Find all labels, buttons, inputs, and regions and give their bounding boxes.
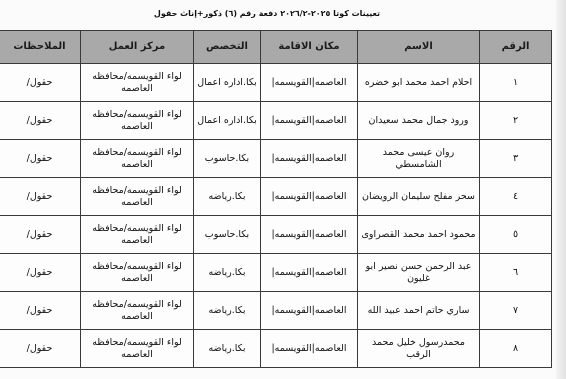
header-specialty: التخصص (194, 31, 261, 64)
header-notes: الملاحظات (0, 31, 81, 64)
cell-residence: العاصمه|القويسمه| (261, 64, 358, 102)
header-row: الرقم الاسم مكان الاقامة التخصص مركز الع… (0, 31, 552, 64)
cell-work-center: لواء القويسمه/محافظه العاصمه (81, 140, 194, 178)
cell-work-center: لواء القويسمه/محافظه العاصمه (81, 64, 194, 102)
cell-notes: حقول/ (0, 140, 81, 178)
cell-residence: العاصمه|القويسمه| (261, 178, 358, 216)
page-edge (556, 0, 566, 379)
document-title: تعيينات كوتا ٢٠٢٥-٢٠٢٦/٢ دفعة رقم (٦) ذك… (100, 9, 380, 18)
cell-work-center: لواء القويسمه/محافظه العاصمه (81, 178, 194, 216)
cell-name: محمود احمد محمد القصراوى (358, 216, 480, 254)
cell-specialty: بكا.حاسوب (194, 140, 261, 178)
cell-number: ٦ (480, 254, 552, 292)
cell-number: ٤ (480, 178, 552, 216)
cell-specialty: بكا.رياضه (194, 330, 261, 368)
cell-residence: العاصمه|القويسمه| (261, 216, 358, 254)
appointments-table: الرقم الاسم مكان الاقامة التخصص مركز الع… (0, 30, 552, 368)
table-row: ١ احلام احمد محمد ابو خضره العاصمه|القوي… (0, 64, 552, 102)
table-row: ٣ روان عيسى محمد الشامسطي العاصمه|القويس… (0, 140, 552, 178)
table-row: ٧ ساري حاتم احمد عبيد الله العاصمه|القوي… (0, 292, 552, 330)
cell-number: ٣ (480, 140, 552, 178)
cell-name: ورود جمال محمد سعيدان (358, 102, 480, 140)
cell-notes: حقول/ (0, 64, 81, 102)
cell-notes: حقول/ (0, 292, 81, 330)
cell-name: سحر مفلح سليمان الرويضان (358, 178, 480, 216)
header-name: الاسم (358, 31, 480, 64)
cell-residence: العاصمه|القويسمه| (261, 140, 358, 178)
cell-number: ٥ (480, 216, 552, 254)
cell-work-center: لواء القويسمه/محافظه العاصمه (81, 102, 194, 140)
cell-residence: العاصمه|القويسمه| (261, 102, 358, 140)
cell-residence: العاصمه|القويسمه| (261, 292, 358, 330)
cell-work-center: لواء القويسمه/محافظه العاصمه (81, 216, 194, 254)
cell-name: احلام احمد محمد ابو خضره (358, 64, 480, 102)
cell-notes: حقول/ (0, 178, 81, 216)
cell-notes: حقول/ (0, 102, 81, 140)
table-row: ٥ محمود احمد محمد القصراوى العاصمه|القوي… (0, 216, 552, 254)
cell-specialty: بكا.رياضه (194, 254, 261, 292)
table-row: ٨ محمدرسول خليل محمد الرقب العاصمه|القوي… (0, 330, 552, 368)
cell-number: ٢ (480, 102, 552, 140)
header-number: الرقم (480, 31, 552, 64)
table-row: ٤ سحر مفلح سليمان الرويضان العاصمه|القوي… (0, 178, 552, 216)
cell-specialty: بكا.حاسوب (194, 216, 261, 254)
cell-specialty: بكا.اداره اعمال (194, 64, 261, 102)
cell-name: محمدرسول خليل محمد الرقب (358, 330, 480, 368)
cell-specialty: بكا.رياضه (194, 178, 261, 216)
cell-specialty: بكا.رياضه (194, 292, 261, 330)
header-residence: مكان الاقامة (261, 31, 358, 64)
table-row: ٦ عبد الرحمن حسن نصير ابو غليون العاصمه|… (0, 254, 552, 292)
cell-work-center: لواء القويسمه/محافظه العاصمه (81, 292, 194, 330)
header-work-center: مركز العمل (81, 31, 194, 64)
cell-residence: العاصمه|القويسمه| (261, 254, 358, 292)
cell-residence: العاصمه|القويسمه| (261, 330, 358, 368)
cell-number: ٨ (480, 330, 552, 368)
cell-work-center: لواء القويسمه/محافظه العاصمه (81, 330, 194, 368)
cell-specialty: بكا.اداره اعمال (194, 102, 261, 140)
cell-number: ٧ (480, 292, 552, 330)
cell-name: عبد الرحمن حسن نصير ابو غليون (358, 254, 480, 292)
cell-notes: حقول/ (0, 216, 81, 254)
cell-name: ساري حاتم احمد عبيد الله (358, 292, 480, 330)
cell-notes: حقول/ (0, 254, 81, 292)
cell-name: روان عيسى محمد الشامسطي (358, 140, 480, 178)
table-row: ٢ ورود جمال محمد سعيدان العاصمه|القويسمه… (0, 102, 552, 140)
cell-notes: حقول/ (0, 330, 81, 368)
cell-number: ١ (480, 64, 552, 102)
cell-work-center: لواء القويسمه/محافظه العاصمه (81, 254, 194, 292)
